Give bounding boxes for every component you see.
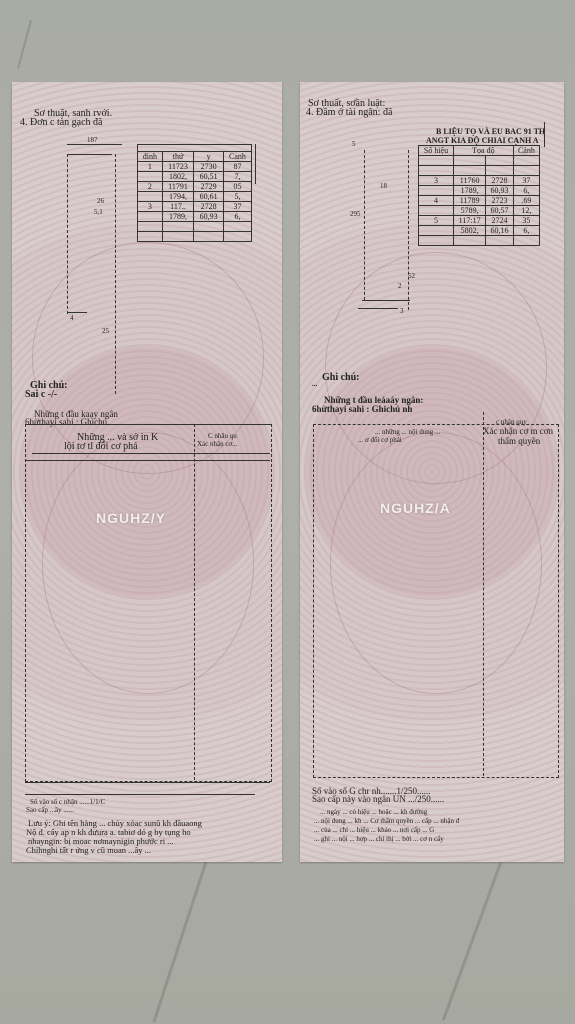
change-header-1: ... những ... nội dung ... xyxy=(375,428,440,436)
table-line xyxy=(25,460,270,461)
change-header-2: ... ơ đổi cơ phải xyxy=(358,436,402,444)
sketch-label: 187 xyxy=(87,136,98,144)
sketch-line xyxy=(115,154,116,394)
copy-stamp: NGUHZ/A xyxy=(380,500,451,516)
footer-line: Chíhnghi tất r ứng v cũ muan ...ây ... xyxy=(26,845,151,856)
table-row: 3117..272837 xyxy=(138,202,252,212)
col-header: Tọa độ xyxy=(454,146,514,156)
marble-vein xyxy=(442,860,503,1021)
sketch-label: 3 xyxy=(400,307,404,315)
change-header-2: lội tơ tl đối cơ phá xyxy=(64,441,138,452)
table-line xyxy=(25,794,255,795)
col-header: Canh xyxy=(223,152,251,162)
margin-line xyxy=(544,122,545,147)
footer-line: ... ngày ... có hiệu ... hoặc ... kh đườ… xyxy=(320,808,427,816)
sketch-line xyxy=(364,150,365,300)
sketch-label: 5 xyxy=(352,140,356,148)
table-row: 5789,60,5712, xyxy=(419,206,540,216)
table-divider xyxy=(194,424,195,780)
table-row: 5117:17272435 xyxy=(419,216,540,226)
footer-line: Số vào sổ c nhận ......1/1/C xyxy=(30,798,105,806)
coordinate-table: đinhthứyCanh 111723273087 1802,60,517, 2… xyxy=(137,144,252,242)
marble-vein xyxy=(152,860,207,1023)
sketch-label: 2 xyxy=(398,282,402,290)
col-header: y xyxy=(194,152,224,162)
sketch-line xyxy=(67,154,112,155)
change-table xyxy=(25,424,272,782)
table-line xyxy=(25,782,270,783)
table-row: 1789,60,936, xyxy=(419,186,540,196)
col-header: Số hiệu xyxy=(419,146,454,156)
table-row: 311760272837 xyxy=(419,176,540,186)
table-row: 1794,60,615, xyxy=(138,192,252,202)
table-row: 1802,60,517, xyxy=(138,172,252,182)
change-header-3: C nhâu qu xyxy=(208,432,237,440)
table-row: 5802,60,166, xyxy=(419,226,540,236)
change-table xyxy=(313,424,559,778)
table-line xyxy=(25,424,270,425)
sketch-label: 26 xyxy=(97,197,104,205)
footer-line: ... của ... chỉ ... hiệu ... khảo ... nơ… xyxy=(314,826,434,834)
heading-line-2: 4. Đầm ở tài ngân: đã xyxy=(306,107,392,118)
footer-line: ... ghi ... nội ... hợp ... chỉ thị ... … xyxy=(314,835,444,843)
notes-label: Ghi chú: xyxy=(322,372,360,383)
col-header: đinh xyxy=(138,152,163,162)
change-section-title-2: 6hừthayi sahi : Ghichú nh xyxy=(312,404,412,415)
col-header: Cảnh xyxy=(513,146,539,156)
col-header: thứ xyxy=(162,152,194,162)
coordinate-table: Số hiệuTọa độCảnh 311760272837 1789,60,9… xyxy=(418,145,540,246)
table-row: 1789,60,936, xyxy=(138,212,252,222)
change-header-5: thẩm quyền xyxy=(498,436,540,447)
sketch-line xyxy=(67,312,87,313)
sketch-label: 25 xyxy=(102,327,109,335)
footer-line: Sao cấp này vào ngân UN .../250...... xyxy=(312,794,444,805)
sketch-line xyxy=(67,144,122,145)
sketch-line xyxy=(67,154,68,314)
change-header-3: c nhận quy xyxy=(496,418,527,426)
certificate-page-left: Sơ thuật, sanh rvới. 4. Đơn c tàn gạch đ… xyxy=(12,82,282,862)
sketch-line xyxy=(358,308,398,309)
certificate-page-right: Sơ thuất, sơần luật: 4. Đầm ở tài ngân: … xyxy=(300,82,564,862)
sketch-label: 5,1 xyxy=(94,208,103,216)
table-divider xyxy=(483,412,484,776)
sketch-label: 18 xyxy=(380,182,387,190)
table-row: 211791272905 xyxy=(138,182,252,192)
sketch-label: 295 xyxy=(350,210,361,218)
sketch-label: 52 xyxy=(408,272,415,280)
table-line xyxy=(32,453,270,454)
notes-value: Sai c -/- xyxy=(25,389,57,400)
sketch-label: 4 xyxy=(70,314,74,322)
notes-value: ... xyxy=(312,379,317,390)
footer-line: ... nội dung ... kh ... Cơ thẩm quyền ..… xyxy=(314,817,459,825)
margin-line xyxy=(255,144,256,184)
change-header-4: Xác nhận cơ... xyxy=(197,440,237,448)
copy-stamp: NGUHZ/Y xyxy=(96,510,166,526)
table-row: 111723273087 xyxy=(138,162,252,172)
heading-line-2: 4. Đơn c tàn gạch đã xyxy=(20,117,102,128)
footer-line: Sao cấp ...ầy ...... xyxy=(26,806,74,814)
sketch-line xyxy=(362,300,410,301)
marble-vein xyxy=(17,20,32,69)
table-row: 4117892723.69 xyxy=(419,196,540,206)
sketch-line xyxy=(408,150,409,310)
